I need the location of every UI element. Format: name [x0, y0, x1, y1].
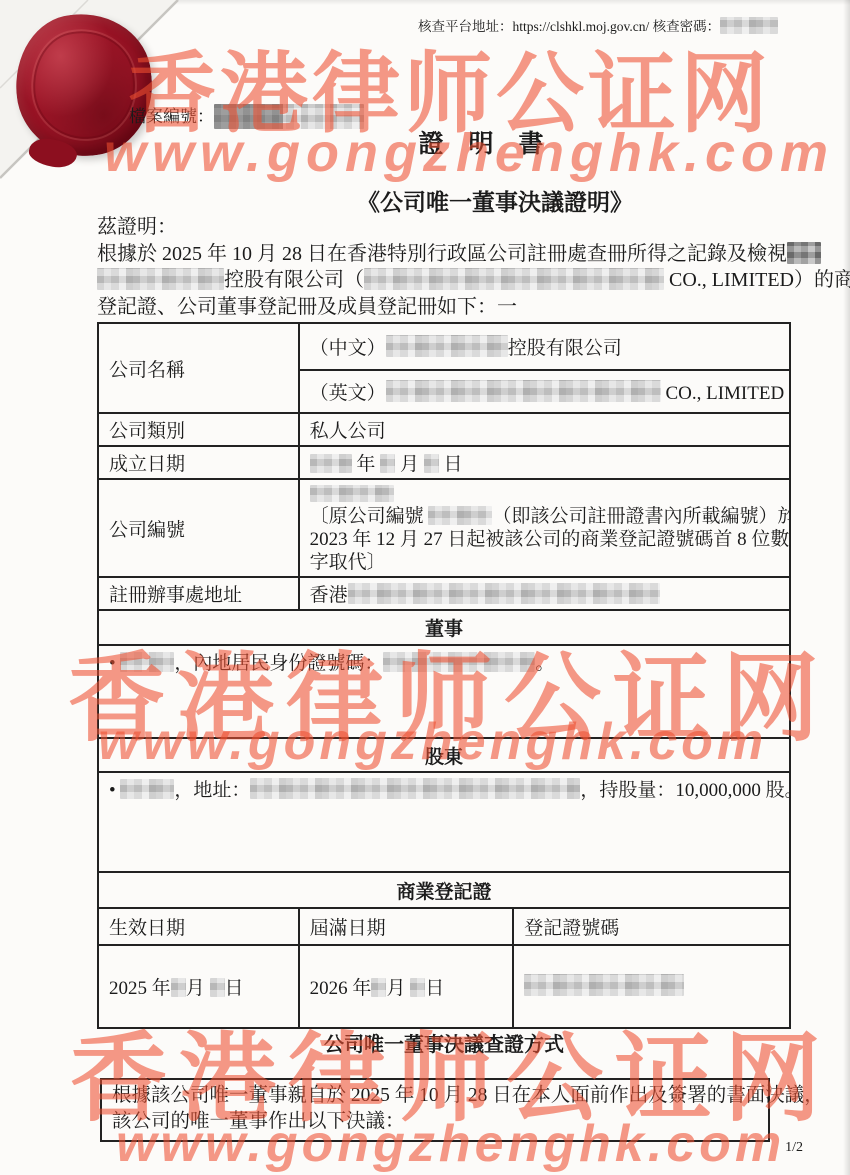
- redacted-address: [348, 583, 660, 604]
- intro-line-4: 登記證、公司董事登記冊及成員登記冊如下：一: [97, 294, 850, 321]
- address-prefix: 香港: [310, 585, 348, 606]
- table-section-row: 商業登記證: [98, 872, 790, 908]
- intro-line-2-text: 根據於 2025 年 10 月 28 日在香港特別行政區公司註冊處查冊所得之記錄…: [97, 243, 787, 265]
- directors-section-header: 董事: [98, 610, 790, 645]
- redacted-company-cn-name: [97, 268, 224, 290]
- note-l1b: （即該公司註冊證書內所載編號）於: [492, 506, 790, 527]
- incorporation-date-label: 成立日期: [98, 446, 299, 479]
- resolution-line-2: 該公司的唯一董事作出以下決議：: [112, 1109, 758, 1135]
- redacted-cn-name: [386, 335, 508, 357]
- redacted-br-number: [524, 974, 684, 996]
- company-number-value: 〔原公司編號 （即該公司註冊證書內所載編號）於 2023 年 12 月 27 日…: [299, 479, 790, 577]
- intro-line-1: 茲證明：: [97, 214, 850, 241]
- redacted-br-end-month: [371, 978, 386, 997]
- intro-line-3-en: CO., LIMITED）的商業: [664, 269, 850, 291]
- cn-suffix: 控股有限公司: [508, 338, 622, 359]
- table-header-row: 生效日期 屆滿日期 登記證號碼: [98, 908, 790, 945]
- redacted-company-number-line: [310, 482, 779, 505]
- shareholder-entry: • ，地址：，持股量：10,000,000 股。: [98, 772, 790, 872]
- intro-paragraph: 茲證明： 根據於 2025 年 10 月 28 日在香港特別行政區公司註冊處查冊…: [97, 214, 850, 320]
- redacted-en-name: [386, 380, 661, 402]
- month-char: 月: [186, 978, 205, 999]
- table-row: 註冊辦事處地址 香港: [98, 577, 790, 610]
- month-char: 月: [386, 978, 405, 999]
- intro-line-3: 控股有限公司（ CO., LIMITED）的商業: [97, 267, 850, 294]
- redacted-company-name-part: [787, 242, 821, 264]
- intro-line-2: 根據於 2025 年 10 月 28 日在香港特別行政區公司註冊處查冊所得之記錄…: [97, 241, 850, 268]
- shareholder-shares-text: ，持股量：10,000,000 股。: [580, 780, 790, 801]
- company-number-note-2: 2023 年 12 月 27 日起被該公司的商業登記證號碼首 8 位數: [310, 528, 779, 551]
- resolution-box: 根據該公司唯一董事親自於 2025 年 10 月 28 日在本人面前作出及簽署的…: [100, 1078, 770, 1142]
- year-char: 年: [356, 454, 375, 475]
- document-title: 證 明 書: [112, 124, 850, 160]
- note-l1a: 〔原公司編號: [310, 506, 429, 527]
- redacted-month: [380, 454, 395, 473]
- table-section-row: 股東: [98, 738, 790, 772]
- redacted-company-number: [310, 485, 394, 502]
- verify-label: 核查平台地址：https://clshkl.moj.gov.cn/ 核查密碼：: [418, 19, 720, 34]
- resolution-line-1: 根據該公司唯一董事親自於 2025 年 10 月 28 日在本人面前作出及簽署的…: [112, 1083, 758, 1109]
- redacted-director-id: [383, 652, 535, 672]
- company-name-label: 公司名稱: [98, 323, 299, 413]
- br-cert-number-value: [513, 945, 790, 1028]
- redacted-verify-code: [720, 17, 778, 34]
- company-info-table: 公司名稱 （中文）控股有限公司 （英文） CO., LIMITED 公司類別 私…: [97, 322, 791, 1029]
- br-start-date-value: 2025 年月 日: [98, 945, 299, 1028]
- cn-prefix: （中文）: [310, 338, 386, 359]
- shareholder-address-label: ，地址：: [174, 780, 250, 801]
- redacted-br-end-day: [410, 978, 425, 997]
- br-cert-number-header: 登記證號碼: [513, 908, 790, 945]
- intro-line-3-mid: 控股有限公司（: [224, 269, 364, 291]
- director-entry: • ，內地居民身份證號碼：。: [98, 645, 790, 738]
- company-name-en-cell: （英文） CO., LIMITED: [299, 370, 790, 413]
- bullet-glyph: •: [109, 653, 116, 674]
- company-number-label: 公司編號: [98, 479, 299, 577]
- document-subtitle: 《公司唯一董事決議證明》: [140, 184, 850, 217]
- verification-platform-line: 核查平台地址：https://clshkl.moj.gov.cn/ 核查密碼：: [418, 15, 778, 35]
- br-start-date-header: 生效日期: [98, 908, 299, 945]
- table-row: • ，內地居民身份證號碼：。: [98, 645, 790, 738]
- month-char: 月: [400, 454, 419, 475]
- registered-address-label: 註冊辦事處地址: [98, 577, 299, 610]
- table-row: 成立日期 年 月 日: [98, 446, 790, 479]
- redacted-year: [310, 454, 352, 473]
- table-section-row: 董事: [98, 610, 790, 645]
- table-row: 公司名稱 （中文）控股有限公司: [98, 323, 790, 370]
- registered-address-value: 香港: [299, 577, 790, 610]
- redacted-shareholder-name: [120, 779, 174, 799]
- verification-method-heading: 公司唯一董事決議查證方式: [97, 1028, 791, 1057]
- br-expiry-date-header: 屆滿日期: [299, 908, 514, 945]
- redacted-br-start-day: [210, 978, 225, 997]
- redacted-br-start-month: [171, 978, 186, 997]
- table-row: 2025 年月 日 2026 年月 日: [98, 945, 790, 1028]
- company-type-value: 私人公司: [299, 413, 790, 446]
- incorporation-date-value: 年 月 日: [299, 446, 790, 479]
- period-glyph: 。: [535, 653, 554, 674]
- shareholders-section-header: 股東: [98, 738, 790, 772]
- page-edge-shadow: [843, 0, 850, 1175]
- page-number: 1/2: [785, 1140, 803, 1156]
- company-number-note-3: 字取代〕: [310, 551, 779, 574]
- day-char: 日: [225, 978, 244, 999]
- redacted-old-number: [428, 506, 492, 525]
- redacted-director-name: [120, 652, 174, 672]
- en-prefix: （英文）: [310, 383, 386, 404]
- document-page: 核查平台地址：https://clshkl.moj.gov.cn/ 核查密碼： …: [0, 0, 850, 1175]
- table-row: 公司編號 〔原公司編號 （即該公司註冊證書內所載編號）於 2023 年 12 月…: [98, 479, 790, 577]
- company-type-label: 公司類別: [98, 413, 299, 446]
- br-end-year: 2026 年: [310, 978, 372, 999]
- table-row: 公司類別 私人公司: [98, 413, 790, 446]
- br-expiry-date-value: 2026 年月 日: [299, 945, 514, 1028]
- table-row: • ，地址：，持股量：10,000,000 股。: [98, 772, 790, 872]
- day-char: 日: [425, 978, 444, 999]
- br-start-year: 2025 年: [109, 978, 171, 999]
- redacted-day: [424, 454, 439, 473]
- day-char: 日: [443, 454, 462, 475]
- bullet-glyph: •: [109, 780, 116, 801]
- redacted-shareholder-address: [250, 778, 580, 799]
- company-name-cn-cell: （中文）控股有限公司: [299, 323, 790, 370]
- business-registration-header: 商業登記證: [98, 872, 790, 908]
- company-number-note-1: 〔原公司編號 （即該公司註冊證書內所載編號）於: [310, 505, 779, 528]
- redacted-company-en-name: [364, 268, 664, 290]
- en-suffix: CO., LIMITED: [661, 383, 784, 404]
- director-id-label: ，內地居民身份證號碼：: [174, 653, 383, 674]
